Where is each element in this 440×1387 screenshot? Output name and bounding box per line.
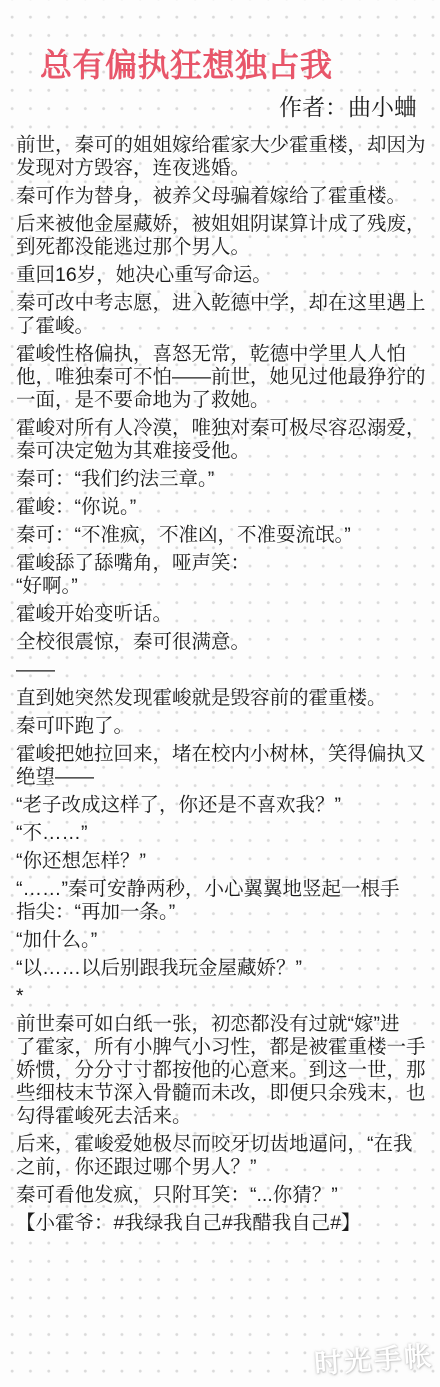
text-line: “老子改成这样了，你还是不喜欢我？” (16, 794, 424, 817)
text-line: 霍峻开始变听话。 (16, 603, 424, 626)
text-line: 秦可：“不准疯，不准凶，不准耍流氓。” (16, 524, 424, 547)
text-line: “以……以后别跟我玩金屋藏娇？” (16, 957, 424, 980)
paragraph: 【小霍爷：#我绿我自己#我醋我自己#】 (16, 1212, 424, 1235)
text-line: 他，唯独秦可不怕——前世，她见过他最狰狞的 (16, 366, 424, 389)
story-body: 前世，秦可的姐姐嫁给霍家大少霍重楼，却因为发现对方毁容，连夜逃婚。秦可作为替身，… (0, 134, 440, 1235)
paragraph: 霍峻性格偏执，喜怒无常，乾德中学里人人怕他，唯独秦可不怕——前世，她见过他最狰狞… (16, 343, 424, 412)
journal-page: 总有偏执狂想独占我 作者：曲小蛐 前世，秦可的姐姐嫁给霍家大少霍重楼，却因为发现… (0, 0, 440, 1387)
text-line: “不……” (16, 822, 424, 845)
text-line: “加什么。” (16, 929, 424, 952)
text-line: “……”秦可安静两秒，小心翼翼地竖起一根手 (16, 878, 424, 901)
text-line: 全校很震惊，秦可很满意。 (16, 631, 424, 654)
paragraph: 霍峻舔了舔嘴角，哑声笑：“好啊。” (16, 552, 424, 598)
paragraph: 秦可改中考志愿，进入乾德中学，却在这里遇上了霍峻。 (16, 292, 424, 338)
paragraph: “老子改成这样了，你还是不喜欢我？” (16, 794, 424, 817)
text-line: 发现对方毁容，连夜逃婚。 (16, 157, 424, 180)
text-line: 前世秦可如白纸一张，初恋都没有过就“嫁”进 (16, 1013, 424, 1036)
text-line: 秦可改中考志愿，进入乾德中学，却在这里遇上 (16, 292, 424, 315)
text-line: 秦可作为替身，被养父母骗着嫁给了霍重楼。 (16, 185, 424, 208)
text-line: 后来，霍峻爱她极尽而咬牙切齿地逼问，“在我 (16, 1133, 424, 1156)
text-line: 之前，你还跟过哪个男人？” (16, 1156, 424, 1179)
app-watermark: 时光手帐 (313, 1334, 435, 1381)
paragraph: 前世秦可如白纸一张，初恋都没有过就“嫁”进了霍家，所有小脾气小习性，都是被霍重楼… (16, 1013, 424, 1128)
text-line: “你还想怎样？” (16, 850, 424, 873)
paragraph: —— (16, 659, 424, 682)
text-line: 霍峻把她拉回来，堵在校内小树林，笑得偏执又 (16, 743, 424, 766)
paragraph: 霍峻：“你说。” (16, 496, 424, 519)
paragraph: * (16, 985, 424, 1008)
text-line: 霍峻对所有人冷漠，唯独对秦可极尽容忍溺爱， (16, 417, 424, 440)
text-line: 些细枝末节深入骨髓而未改，即便只余残末，也 (16, 1082, 424, 1105)
paragraph: “……”秦可安静两秒，小心翼翼地竖起一根手指尖：“再加一条。” (16, 878, 424, 924)
text-line: 【小霍爷：#我绿我自己#我醋我自己#】 (16, 1212, 424, 1235)
text-line: * (16, 985, 424, 1008)
text-line: 秦可吓跑了。 (16, 715, 424, 738)
paragraph: 秦可作为替身，被养父母骗着嫁给了霍重楼。 (16, 185, 424, 208)
text-line: 指尖：“再加一条。” (16, 901, 424, 924)
text-line: 秦可：“我们约法三章。” (16, 468, 424, 491)
text-line: 后来被他金屋藏娇，被姐姐阴谋算计成了残废， (16, 213, 424, 236)
text-line: 了霍峻。 (16, 315, 424, 338)
text-line: —— (16, 659, 424, 682)
text-line: “好啊。” (16, 575, 424, 598)
text-line: 霍峻性格偏执，喜怒无常，乾德中学里人人怕 (16, 343, 424, 366)
text-line: 霍峻：“你说。” (16, 496, 424, 519)
text-line: 勾得霍峻死去活来。 (16, 1105, 424, 1128)
text-line: 了霍家，所有小脾气小习性，都是被霍重楼一手 (16, 1036, 424, 1059)
paragraph: 全校很震惊，秦可很满意。 (16, 631, 424, 654)
paragraph: 霍峻对所有人冷漠，唯独对秦可极尽容忍溺爱，秦可决定勉为其难接受他。 (16, 417, 424, 463)
paragraph: 后来，霍峻爱她极尽而咬牙切齿地逼问，“在我之前，你还跟过哪个男人？” (16, 1133, 424, 1179)
paragraph: 秦可看他发疯，只附耳笑：“...你猜？” (16, 1184, 424, 1207)
text-line: 绝望—— (16, 766, 424, 789)
paragraph: 霍峻把她拉回来，堵在校内小树林，笑得偏执又绝望—— (16, 743, 424, 789)
text-line: 娇惯，分分寸寸都按他的心意来。到这一世，那 (16, 1059, 424, 1082)
text-line: 秦可看他发疯，只附耳笑：“...你猜？” (16, 1184, 424, 1207)
paragraph: 前世，秦可的姐姐嫁给霍家大少霍重楼，却因为发现对方毁容，连夜逃婚。 (16, 134, 424, 180)
text-line: 秦可决定勉为其难接受他。 (16, 440, 424, 463)
paragraph: 直到她突然发现霍峻就是毁容前的霍重楼。 (16, 687, 424, 710)
paragraph: “不……” (16, 822, 424, 845)
paragraph: 霍峻开始变听话。 (16, 603, 424, 626)
text-line: 霍峻舔了舔嘴角，哑声笑： (16, 552, 424, 575)
text-line: 一面，是不要命地为了救她。 (16, 389, 424, 412)
paragraph: 后来被他金屋藏娇，被姐姐阴谋算计成了残废，到死都没能逃过那个男人。 (16, 213, 424, 259)
text-line: 重回16岁，她决心重写命运。 (16, 264, 424, 287)
paragraph: “你还想怎样？” (16, 850, 424, 873)
text-line: 到死都没能逃过那个男人。 (16, 236, 424, 259)
text-line: 直到她突然发现霍峻就是毁容前的霍重楼。 (16, 687, 424, 710)
author-line: 作者：曲小蛐 (0, 92, 440, 122)
book-title: 总有偏执狂想独占我 (0, 0, 440, 84)
paragraph: 秦可：“不准疯，不准凶，不准耍流氓。” (16, 524, 424, 547)
paragraph: 重回16岁，她决心重写命运。 (16, 264, 424, 287)
text-line: 前世，秦可的姐姐嫁给霍家大少霍重楼，却因为 (16, 134, 424, 157)
paragraph: “以……以后别跟我玩金屋藏娇？” (16, 957, 424, 980)
paragraph: 秦可：“我们约法三章。” (16, 468, 424, 491)
paragraph: “加什么。” (16, 929, 424, 952)
paragraph: 秦可吓跑了。 (16, 715, 424, 738)
